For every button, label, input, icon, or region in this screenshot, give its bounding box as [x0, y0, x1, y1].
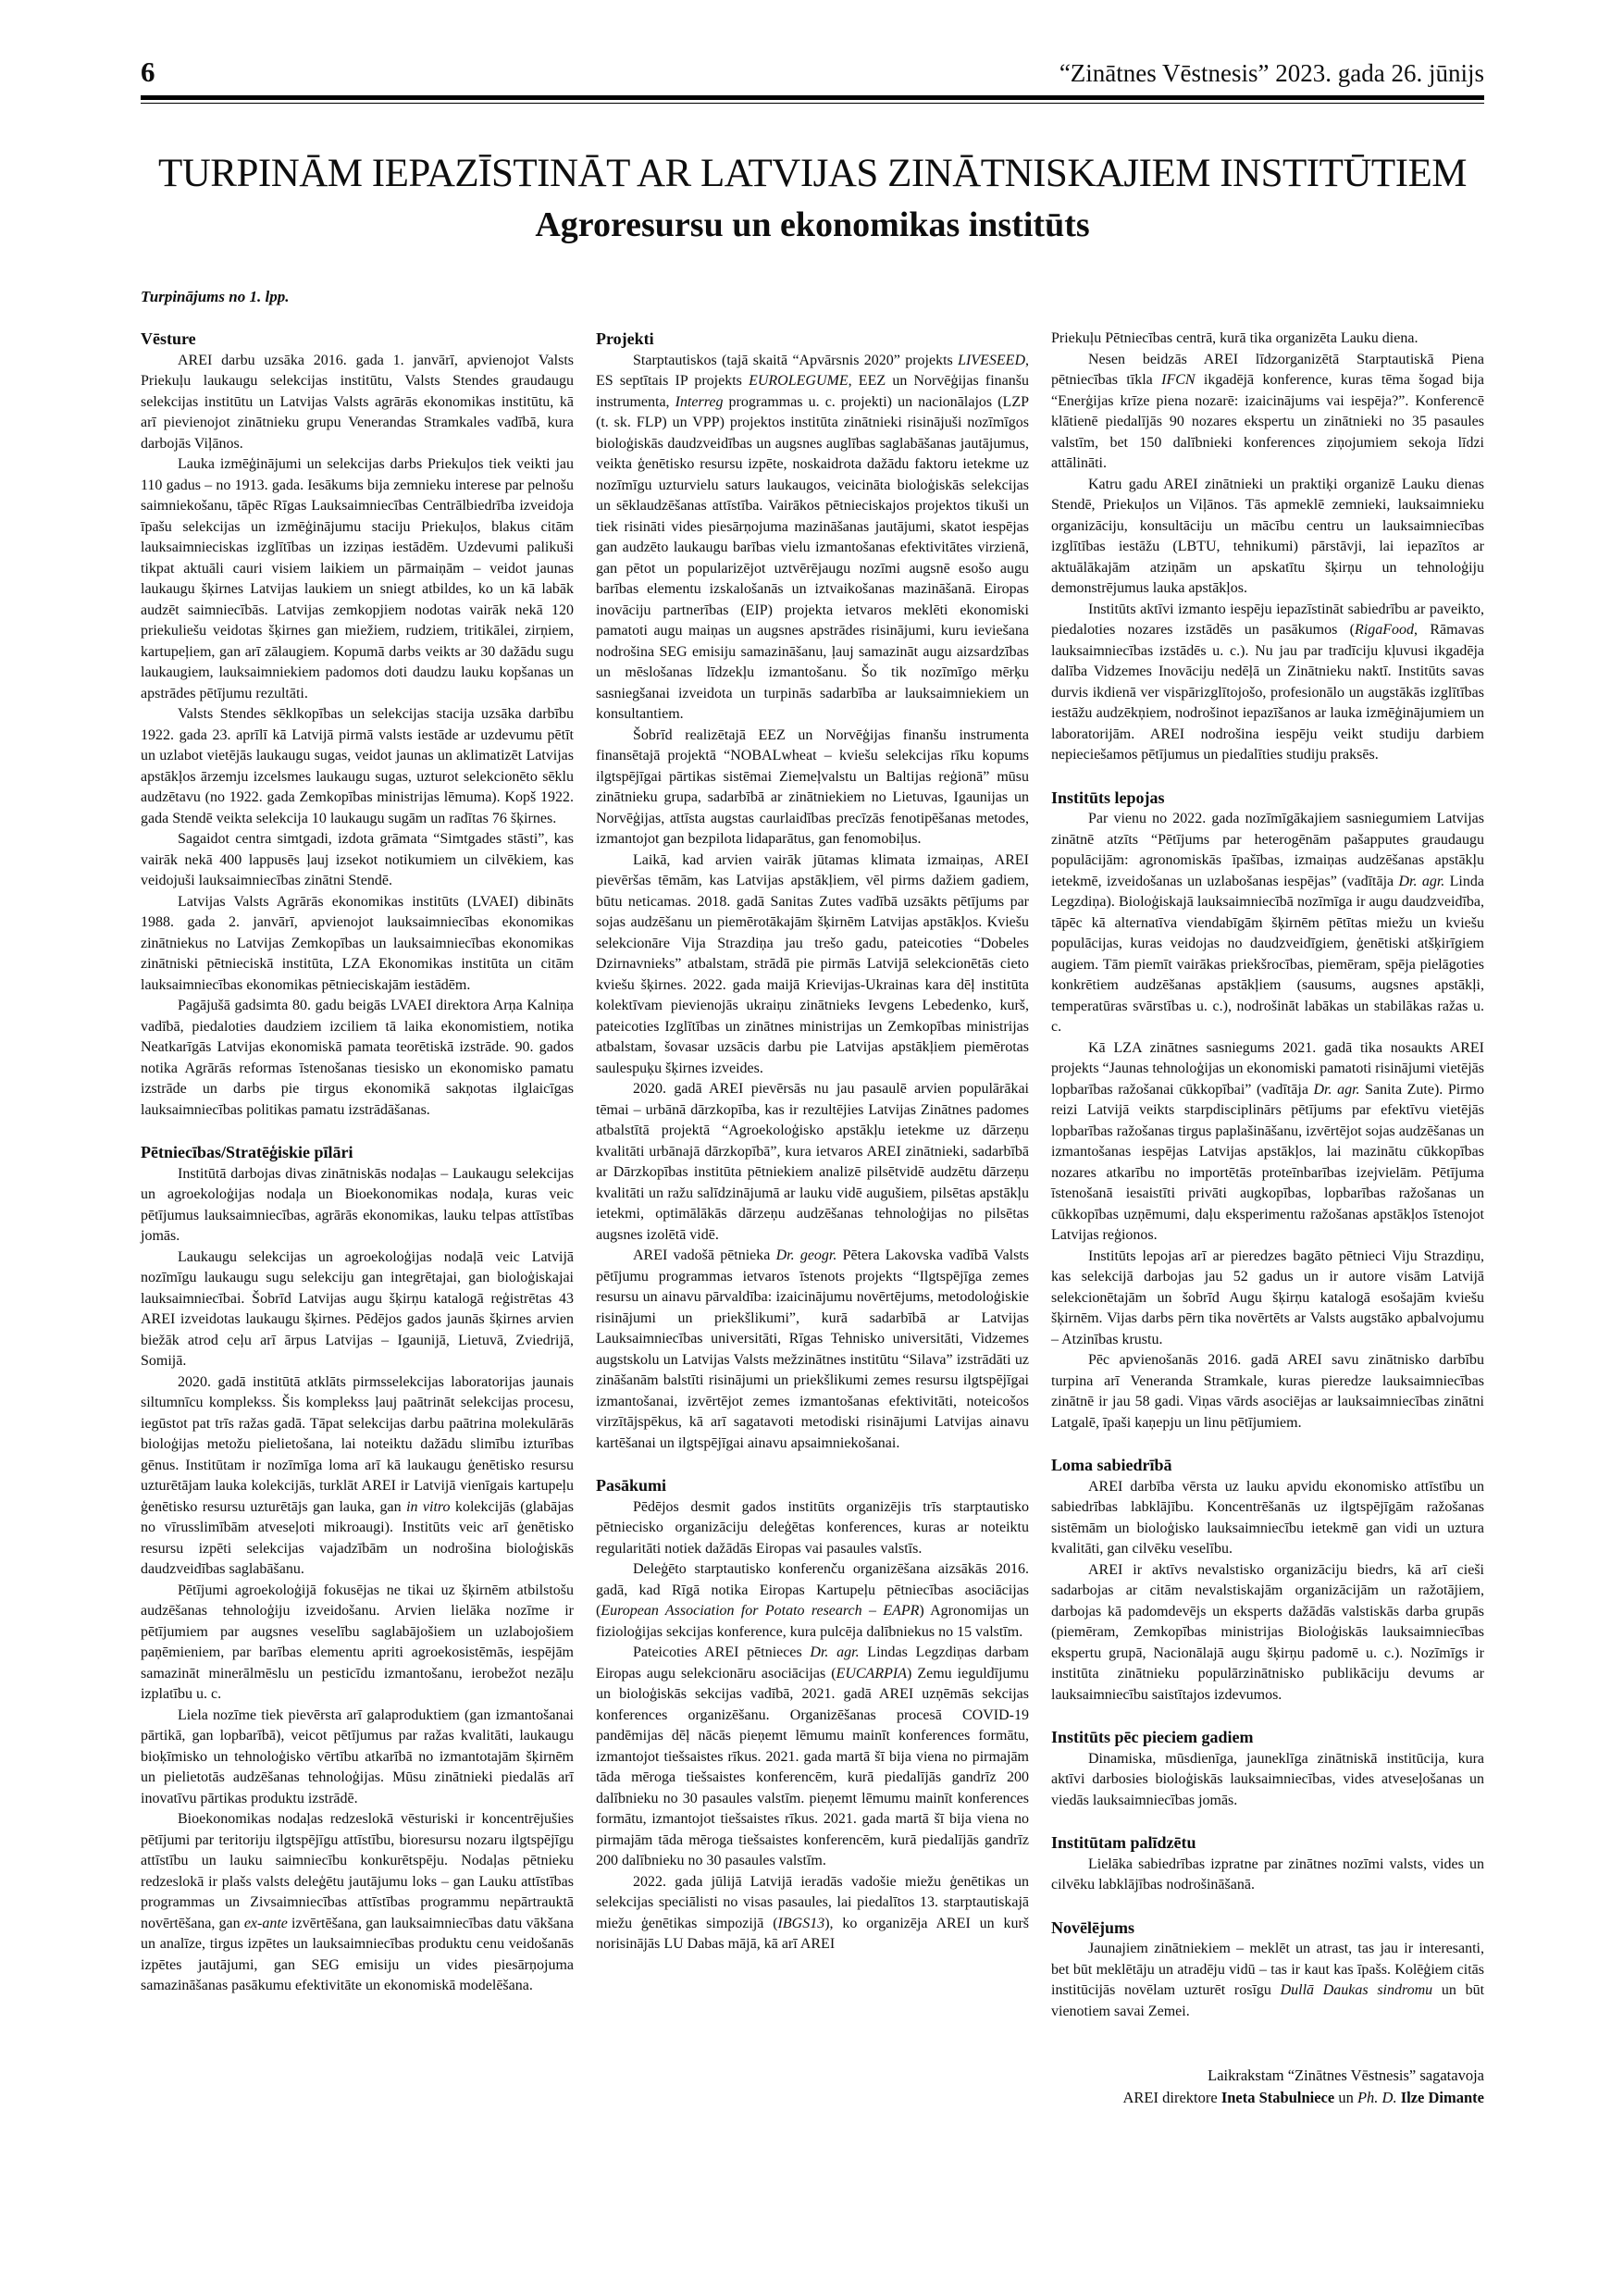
- section-heading: Institūts pēc pieciem gadiem: [1051, 1727, 1484, 1748]
- paragraph: Sagaidot centra simtgadi, izdota grāmata…: [141, 829, 574, 892]
- paragraph: Jaunajiem zinātniekiem – meklēt un atras…: [1051, 1939, 1484, 2022]
- column-2: ProjektiStarptautiskos (tajā skaitā “Apv…: [596, 329, 1029, 2109]
- paragraph: AREI darbu uzsāka 2016. gada 1. janvārī,…: [141, 351, 574, 455]
- paragraph: Institūtā darbojas divas zinātniskās nod…: [141, 1164, 574, 1247]
- paragraph: Lielāka sabiedrības izpratne par zinātne…: [1051, 1855, 1484, 1896]
- paragraph: Pētījumi agroekoloģijā fokusējas ne tika…: [141, 1581, 574, 1706]
- paragraph: AREI ir aktīvs nevalstisko organizāciju …: [1051, 1560, 1484, 1706]
- paragraph: Bioekonomikas nodaļas redzeslokā vēsturi…: [141, 1809, 574, 1997]
- column-1: VēstureAREI darbu uzsāka 2016. gada 1. j…: [141, 329, 574, 2109]
- section-heading: Institūtam palīdzētu: [1051, 1832, 1484, 1854]
- paragraph: Kā LZA zinātnes sasniegums 2021. gadā ti…: [1051, 1038, 1484, 1247]
- paragraph: Latvijas Valsts Agrārās ekonomikas insti…: [141, 892, 574, 997]
- section-heading: Novēlējums: [1051, 1917, 1484, 1939]
- signature-line-2: AREI direktore Ineta Stabulniece un Ph. …: [1051, 2087, 1484, 2109]
- signature-line-1: Laikrakstam “Zinātnes Vēstnesis” sagatav…: [1051, 2065, 1484, 2087]
- newspaper-page: 6 “Zinātnes Vēstnesis” 2023. gada 26. jū…: [0, 0, 1623, 2296]
- section-heading: Institūts lepojas: [1051, 788, 1484, 809]
- paragraph: Liela nozīme tiek pievērsta arī galaprod…: [141, 1706, 574, 1810]
- paragraph: Institūts aktīvi izmanto iespēju iepazīs…: [1051, 600, 1484, 766]
- paragraph: 2022. gada jūlijā Latvijā ieradās vadoši…: [596, 1872, 1029, 1955]
- paragraph: Priekuļu Pētniecības centrā, kurā tika o…: [1051, 329, 1484, 350]
- paragraph: Šobrīd realizētajā EEZ un Norvēģijas fin…: [596, 726, 1029, 850]
- paragraph: Laukaugu selekcijas un agroekoloģijas no…: [141, 1247, 574, 1372]
- page-number: 6: [141, 57, 155, 86]
- section-heading: Projekti: [596, 329, 1029, 350]
- paragraph: Pēdējos desmit gados institūts organizēj…: [596, 1497, 1029, 1560]
- article-kicker: TURPINĀM IEPAZĪSTINĀT AR LATVIJAS ZINĀTN…: [141, 152, 1484, 195]
- paragraph: Lauka izmēģinājumi un selekcijas darbs P…: [141, 454, 574, 704]
- section-heading: Pasākumi: [596, 1475, 1029, 1496]
- paragraph: Starptautiskos (tajā skaitā “Apvārsnis 2…: [596, 351, 1029, 726]
- masthead-row: 6 “Zinātnes Vēstnesis” 2023. gada 26. jū…: [141, 57, 1484, 95]
- paragraph: Nesen beidzās AREI līdzorganizētā Starpt…: [1051, 350, 1484, 475]
- column-3: Priekuļu Pētniecības centrā, kurā tika o…: [1051, 329, 1484, 2109]
- paragraph: Deleģēto starptautisko konferenču organi…: [596, 1559, 1029, 1643]
- section-heading: Vēsture: [141, 329, 574, 350]
- page-content: 6 “Zinātnes Vēstnesis” 2023. gada 26. jū…: [141, 57, 1484, 2109]
- paragraph: Institūts lepojas arī ar pieredzes bagāt…: [1051, 1247, 1484, 1351]
- paragraph: 2020. gadā institūtā atklāts pirmsselekc…: [141, 1372, 574, 1581]
- article-title: Agroresursu un ekonomikas institūts: [141, 206, 1484, 245]
- signature-block: Laikrakstam “Zinātnes Vēstnesis” sagatav…: [1051, 2065, 1484, 2109]
- paragraph: Valsts Stendes sēklkopības un selekcijas…: [141, 704, 574, 829]
- masthead-title: “Zinātnes Vēstnesis” 2023. gada 26. jūni…: [1059, 61, 1484, 86]
- article-columns: VēstureAREI darbu uzsāka 2016. gada 1. j…: [141, 329, 1484, 2109]
- paragraph: Par vienu no 2022. gada nozīmīgākajiem s…: [1051, 809, 1484, 1038]
- paragraph: AREI vadošā pētnieka Dr. geogr. Pētera L…: [596, 1246, 1029, 1454]
- continuation-note: Turpinājums no 1. lpp.: [141, 288, 1484, 306]
- paragraph: Dinamiska, mūsdienīga, jauneklīga zinātn…: [1051, 1749, 1484, 1812]
- paragraph: 2020. gadā AREI pievērsās nu jau pasaulē…: [596, 1079, 1029, 1246]
- paragraph: Laikā, kad arvien vairāk jūtamas klimata…: [596, 850, 1029, 1080]
- paragraph: Katru gadu AREI zinātnieki un praktiķi o…: [1051, 475, 1484, 600]
- header-rule: [141, 95, 1484, 104]
- paragraph: Pēc apvienošanās 2016. gadā AREI savu zi…: [1051, 1350, 1484, 1433]
- section-heading: Loma sabiedrībā: [1051, 1455, 1484, 1476]
- paragraph: Pateicoties AREI pētnieces Dr. agr. Lind…: [596, 1643, 1029, 1872]
- paragraph: Pagājušā gadsimta 80. gadu beigās LVAEI …: [141, 996, 574, 1121]
- section-heading: Pētniecības/Stratēģiskie pīlāri: [141, 1142, 574, 1163]
- paragraph: AREI darbība vērsta uz lauku apvidu ekon…: [1051, 1477, 1484, 1560]
